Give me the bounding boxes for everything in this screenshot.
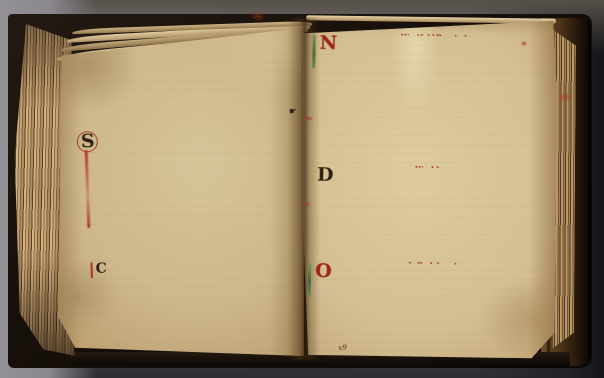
illuminated-initial-O: O (314, 262, 332, 282)
left-page-text-block: de custumis istius manerii et quod Iohan… (91, 34, 302, 322)
quire-signature: x9 (338, 344, 347, 352)
manicule-icon: ☛ (289, 108, 296, 117)
left-opening-paragraph: de custumis istius manerii et quod Iohan… (91, 34, 296, 112)
right-paragraph-westfeld: ota quod sunt ibidem octodecim prebendar… (318, 36, 555, 158)
initial-flourish (90, 262, 92, 278)
left-main-paragraph: imon de Northeye tenet unam virgatam ter… (94, 128, 300, 251)
manuscript-photograph: de custumis istius manerii et quod Iohan… (0, 0, 604, 378)
right-paragraph-bodeherst: mnes tenentes de Bodeherst debent sectam… (315, 264, 551, 332)
initial-penwork-ring (77, 131, 99, 153)
illuminated-initial-S: S (80, 132, 99, 153)
right-paragraph-wychham: ebent omnes tenentes de Wychham arare di… (317, 168, 554, 254)
left-closing-paragraph: onstat per inquisicionem factam quod omn… (98, 258, 302, 309)
illuminated-initial-D: D (316, 166, 334, 186)
illuminated-initial-N: N (318, 34, 336, 54)
illuminated-initial-C: C (94, 262, 107, 277)
right-page-text-block: Westfeld Bacstedeota quod sunt ibidem oc… (315, 22, 556, 334)
